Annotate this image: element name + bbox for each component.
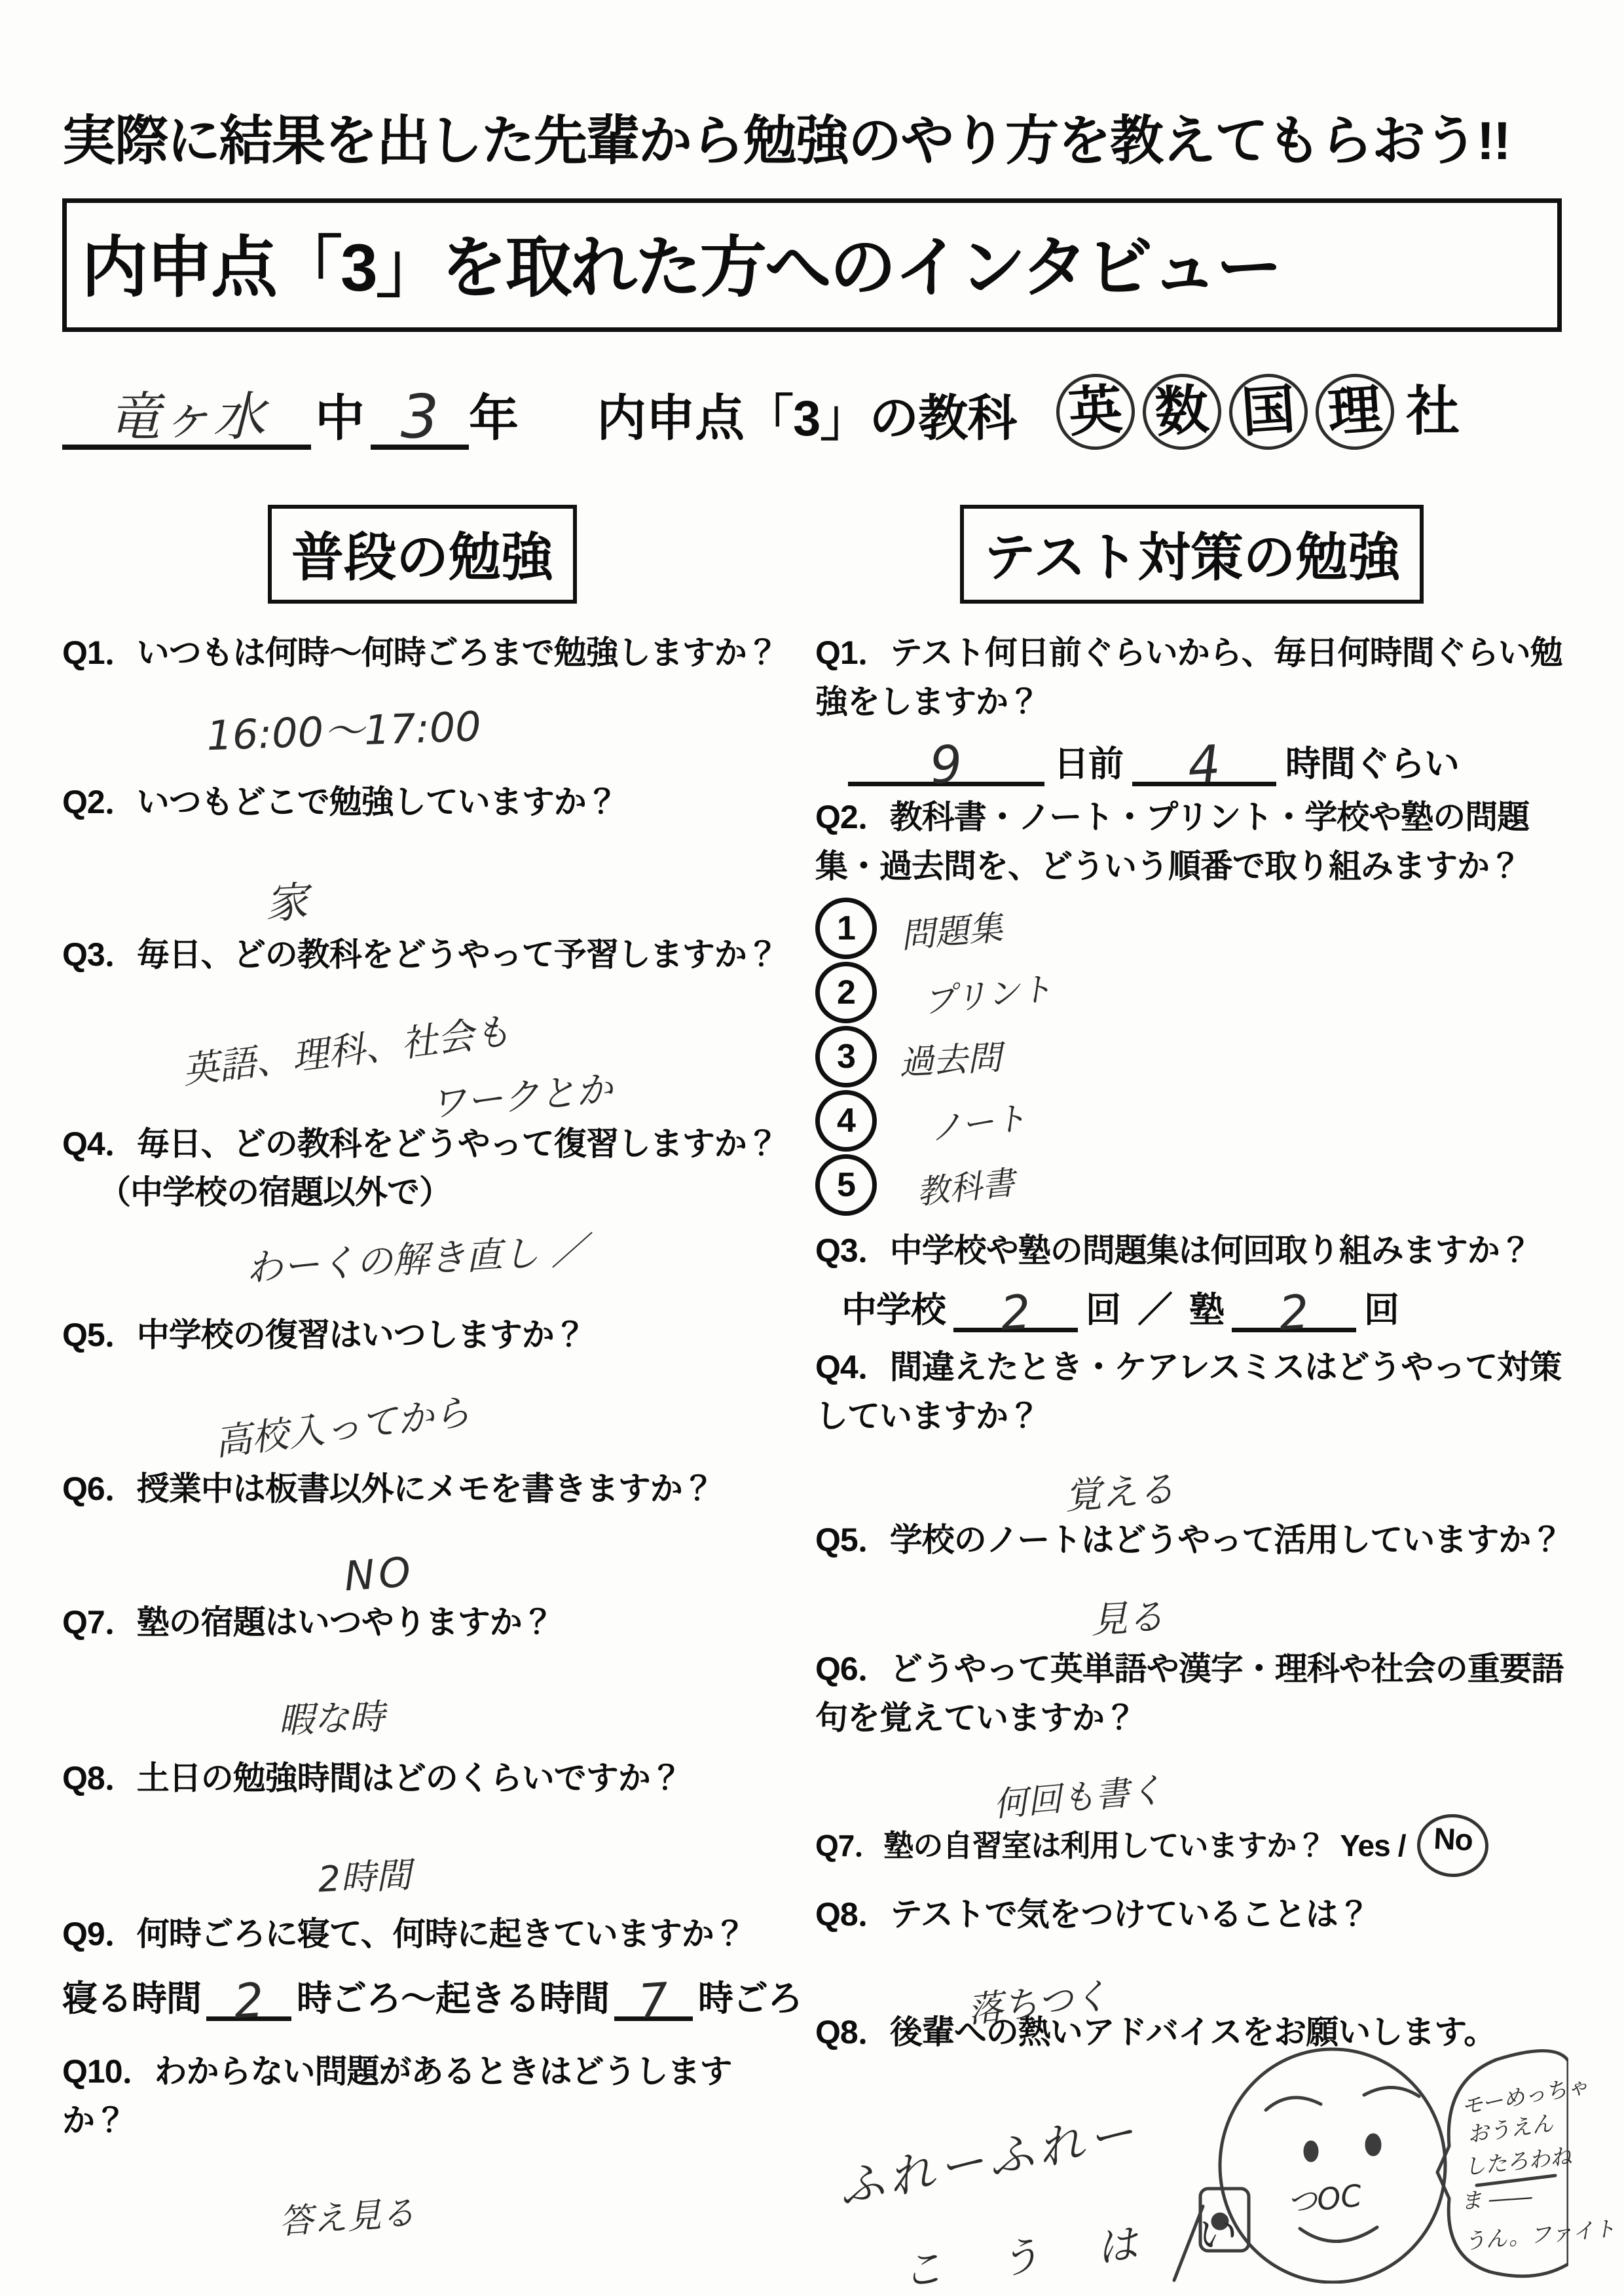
left-q7: Q7．塾の宿題はいつやりますか？ 暇な時 [62, 1598, 783, 1734]
left-q8: Q8．土日の勉強時間はどのくらいですか？ 2時間 [62, 1754, 783, 1890]
question-label: Q1．いつもは何時～何時ごろまで勉強しますか？ [62, 629, 783, 678]
circled-number: 4 [815, 1090, 877, 1152]
list-item: 3 過去問 [815, 1026, 1568, 1087]
days-before-field: 9 [848, 738, 1044, 786]
right-q7: Q7．塾の自習室は利用していますか？ Yes / No [815, 1814, 1568, 1877]
right-q2: Q2．教科書・ノート・プリント・学校や塾の問題集・過去問を、どういう順番で取り組… [815, 793, 1568, 1216]
question-columns: 普段の勉強 Q1．いつもは何時～何時ごろまで勉強しますか？ 16:00～17:0… [62, 505, 1562, 2284]
right-q9-advice: Q8．後輩への熱いアドバイスをお願いします。 [815, 2008, 1568, 2284]
answer-handwritten: NO [342, 1522, 783, 1600]
question-label: Q5．中学校の復習はいつしますか？ [62, 1311, 783, 1360]
answer-handwritten: 2時間 [316, 1827, 783, 1902]
circled-number: 5 [815, 1154, 877, 1216]
school-name-handwritten: 竜ヶ水 [62, 391, 311, 450]
question-label: Q7．塾の自習室は利用していますか？ [815, 1823, 1325, 1868]
answer-handwritten: 16:00～17:00 [206, 683, 784, 762]
times-label: 回 [1364, 1282, 1399, 1332]
question-label: Q2．教科書・ノート・プリント・学校や塾の問題集・過去問を、どういう順番で取り組… [815, 793, 1568, 891]
answer-handwritten: 見る [1089, 1567, 1569, 1644]
list-item-handwritten: 教科書 [914, 1156, 1017, 1213]
column-everyday-study: 普段の勉強 Q1．いつもは何時～何時ごろまで勉強しますか？ 16:00～17:0… [62, 505, 783, 2226]
left-q10: Q10．わからない問題があるときはどうしますか？ 答え見る [62, 2047, 783, 2226]
wake-time-label: 時ごろ～起きる時間 [297, 1971, 609, 2021]
middle-school-count-value: 2 [999, 1292, 1032, 1334]
answer-handwritten: 家 [264, 843, 784, 930]
hours-label: 時間ぐらい [1285, 736, 1459, 786]
question-label: Q8．土日の勉強時間はどのくらいですか？ [62, 1754, 783, 1803]
list-item-handwritten: プリント [921, 962, 1054, 1023]
question-label: Q3．中学校や塾の問題集は何回取り組みますか？ [815, 1226, 1568, 1275]
right-column-header: テスト対策の勉強 [960, 505, 1424, 604]
subjects-label: 内申点「3」の教科 [597, 378, 1016, 450]
workbook-count-fill-line: 中学校 2 回 ／ 塾 2 回 [841, 1282, 1568, 1332]
priority-order-list: 1 問題集 2 プリント 3 過去問 4 ノート [815, 898, 1568, 1216]
time-suffix-label: 時ごろ [698, 1971, 802, 2021]
times-label: 回 [1086, 1282, 1120, 1332]
question-label: Q5．学校のノートはどうやって活用していますか？ [815, 1516, 1568, 1565]
days-before-label: 日前 [1054, 736, 1123, 786]
sleep-time-field: 2 [206, 1976, 291, 2020]
left-q3: Q3．毎日、どの教科をどうやって予習しますか？ 英語、理科、社会も ワークとか [62, 930, 783, 1113]
advice-doodle-area: ふれーふれー こ う は い つOC モーめっちゃ おうえん したろわね ま ―… [815, 2061, 1568, 2284]
slash-separator: ／ [1137, 1282, 1172, 1332]
lead-title: 実際に結果を出した先輩から勉強のやり方を教えてもらおう!! [62, 98, 1562, 175]
juku-label: 塾 [1189, 1282, 1224, 1332]
subject-math-circled: 数 [1140, 371, 1224, 452]
self-study-room-line: Q7．塾の自習室は利用していますか？ Yes / No [815, 1814, 1568, 1877]
middle-school-label: 中学校 [841, 1282, 946, 1332]
answer-handwritten: わーくの解き直し ／ [244, 1211, 783, 1292]
yes-no-slash: / [1398, 1828, 1406, 1863]
right-q6: Q6．どうやって英単語や漢字・理科や社会の重要語句を覚えていますか？ 何回も書く [815, 1645, 1568, 1801]
bubble-text-line: ま ―― [1459, 2179, 1533, 2215]
school-grade-line: 竜ヶ水 中 3 年 内申点「3」の教科 英 数 国 理 社 [62, 374, 1562, 450]
sleep-time-label: 寝る時間 [62, 1971, 201, 2021]
year-label: 年 [469, 378, 518, 450]
subject-social: 社 [1402, 380, 1464, 444]
left-q5: Q5．中学校の復習はいつしますか？ 高校入ってから [62, 1311, 783, 1432]
sleep-time-value: 2 [232, 1980, 265, 2022]
wake-time-field: 7 [614, 1976, 693, 2020]
boxed-main-title: 内申点「3」を取れた方へのインタビュー [62, 198, 1562, 332]
right-q4: Q4．間違えたとき・ケアレスミスはどうやって対策していますか？ 覚える [815, 1343, 1568, 1503]
subject-science-circled: 理 [1313, 371, 1397, 452]
list-item-handwritten: 過去問 [898, 1029, 1003, 1084]
sleep-wake-fill-line: 寝る時間 2 時ごろ～起きる時間 7 時ごろ [62, 1971, 783, 2021]
answer-handwritten: 暇な時 [278, 1675, 783, 1743]
left-column-header: 普段の勉強 [268, 505, 577, 604]
question-label: Q6．どうやって英単語や漢字・理科や社会の重要語句を覚えていますか？ [815, 1645, 1568, 1743]
column-test-prep-study: テスト対策の勉強 Q1．テスト何日前ぐらいから、毎日何時間ぐらい勉強をしますか？… [815, 505, 1568, 2284]
juku-count-field: 2 [1232, 1288, 1356, 1332]
subjects-list: 英 数 国 理 社 [1052, 374, 1467, 450]
list-item: 2 プリント [815, 962, 1568, 1023]
right-q1: Q1．テスト何日前ぐらいから、毎日何時間ぐらい勉強をしますか？ 9 日前 4 時… [815, 629, 1568, 786]
list-item-handwritten: ノート [927, 1091, 1029, 1150]
list-item: 4 ノート [815, 1090, 1568, 1152]
question-label: Q6．授業中は板書以外にメモを書きますか？ [62, 1465, 783, 1514]
question-label: Q1．テスト何日前ぐらいから、毎日何時間ぐらい勉強をしますか？ [815, 629, 1568, 727]
days-hours-fill-line: 9 日前 4 時間ぐらい [848, 736, 1568, 786]
question-label: Q2．いつもどこで勉強していますか？ [62, 778, 783, 827]
yes-option: Yes [1340, 1828, 1390, 1863]
circled-number: 1 [815, 898, 877, 959]
question-label: Q3．毎日、どの教科をどうやって予習しますか？ [62, 930, 783, 979]
subject-japanese-circled: 国 [1227, 371, 1310, 452]
question-label: Q10．わからない問題があるときはどうしますか？ [62, 2047, 783, 2145]
juku-count-value: 2 [1278, 1292, 1310, 1334]
left-q4: Q4．毎日、どの教科をどうやって復習しますか？ （中学校の宿題以外で） わーくの… [62, 1120, 783, 1278]
question-sublabel: （中学校の宿題以外で） [98, 1169, 783, 1216]
list-item: 5 教科書 [815, 1154, 1568, 1216]
hours-field: 4 [1132, 738, 1276, 786]
grade-handwritten: 3 [371, 390, 469, 450]
right-q5: Q5．学校のノートはどうやって活用していますか？ 見る [815, 1516, 1568, 1631]
left-q1: Q1．いつもは何時～何時ごろまで勉強しますか？ 16:00～17:00 [62, 629, 783, 752]
subject-english-circled: 英 [1054, 371, 1137, 452]
right-q3: Q3．中学校や塾の問題集は何回取り組みますか？ 中学校 2 回 ／ 塾 2 回 [815, 1226, 1568, 1332]
school-suffix-label: 中 [315, 378, 364, 450]
face-scribble-handwritten: つOC [1285, 2172, 1364, 2223]
list-item-handwritten: 問題集 [898, 900, 1005, 957]
middle-school-count-field: 2 [953, 1288, 1078, 1332]
circled-number: 2 [815, 962, 877, 1023]
right-q8: Q8．テストで気をつけていることは？ 落ちつく [815, 1890, 1568, 2001]
answer-handwritten: 覚える [1063, 1432, 1570, 1520]
no-circle-annotation: No [1416, 1812, 1490, 1879]
answer-handwritten: 高校入ってから [212, 1345, 783, 1466]
hours-value: 4 [1187, 742, 1222, 788]
answer-handwritten: 答え見る [277, 2159, 783, 2244]
question-label: Q4．間違えたとき・ケアレスミスはどうやって対策していますか？ [815, 1343, 1568, 1441]
question-label: Q9．何時ごろに寝て、何時に起きていますか？ [62, 1910, 783, 1959]
question-label: Q7．塾の宿題はいつやりますか？ [62, 1598, 783, 1647]
circled-number: 3 [815, 1026, 877, 1087]
no-option: No [1433, 1821, 1474, 1857]
scanned-questionnaire-page: 実際に結果を出した先輩から勉強のやり方を教えてもらおう!! 内申点「3」を取れた… [0, 0, 1624, 2296]
left-q2: Q2．いつもどこで勉強していますか？ 家 [62, 778, 783, 917]
wake-time-value: 7 [637, 1980, 670, 2022]
question-label: Q4．毎日、どの教科をどうやって復習しますか？ [62, 1120, 783, 1169]
list-item: 1 問題集 [815, 898, 1568, 959]
days-before-value: 9 [929, 742, 964, 788]
left-q9: Q9．何時ごろに寝て、何時に起きていますか？ 寝る時間 2 時ごろ～起きる時間 … [62, 1910, 783, 2021]
left-q6: Q6．授業中は板書以外にメモを書きますか？ NO [62, 1465, 783, 1585]
